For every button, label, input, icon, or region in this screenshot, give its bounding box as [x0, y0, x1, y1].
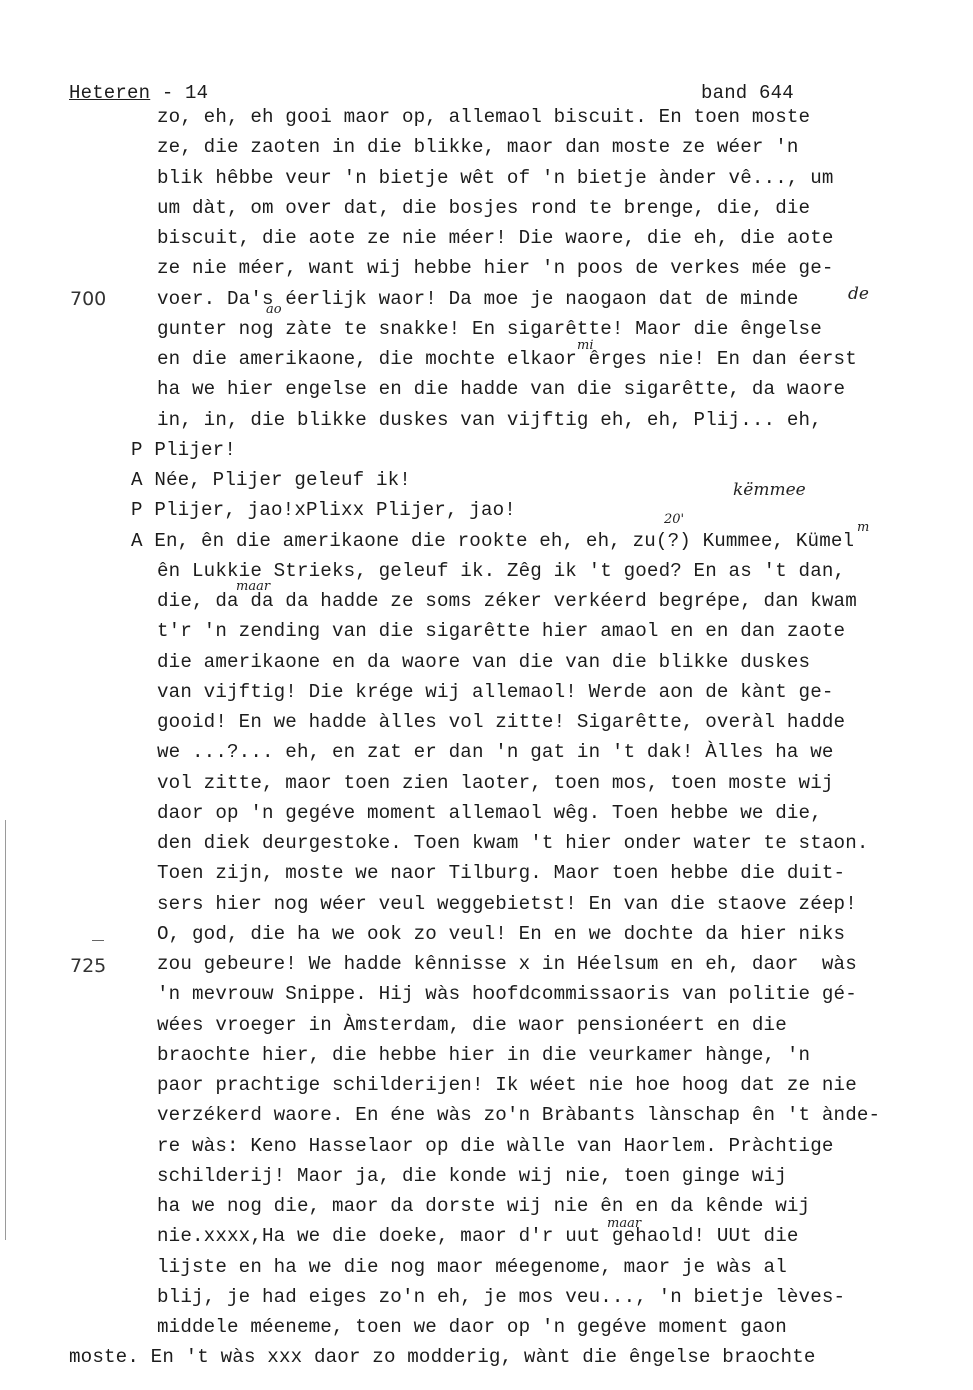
transcript-line: re wàs: Keno Hasselaor op die wàlle van …: [157, 1135, 834, 1157]
transcript-line: in, in, die blikke duskes van vijftig eh…: [157, 409, 822, 431]
transcript-line: en die amerikaone, die mochte elkaor êrg…: [157, 348, 857, 370]
line-text: paor prachtige schilderijen! Ik wéet nie…: [157, 1074, 857, 1096]
line-text: t'r 'n zending van die sigarêtte hier am…: [157, 620, 845, 642]
line-text: Toen zijn, moste we naor Tilburg. Maor t…: [157, 862, 845, 884]
header-page-number: - 14: [162, 82, 208, 104]
transcript-line: blij, je had eiges zo'n eh, je mos veu..…: [157, 1286, 845, 1308]
transcript-line: den diek deurgestoke. Toen kwam 't hier …: [157, 832, 869, 854]
margin-dash: [92, 940, 104, 941]
line-text: ze, die zaoten in die blikke, maor dan m…: [157, 136, 799, 158]
handwritten-note-kemmee: këmmee: [733, 480, 806, 500]
transcript-line: zou gebeure! We hadde kênnisse x in Héel…: [157, 953, 857, 975]
line-text: sers hier nog wéer veul weggebietst! En …: [157, 893, 857, 915]
handwritten-note-mi: mi: [577, 338, 594, 353]
transcript-line: wées vroeger in Àmsterdam, die waor pens…: [157, 1014, 787, 1036]
transcript-line: vol zitte, maor toen zien laoter, toen m…: [157, 772, 834, 794]
line-text: ha we hier engelse en die hadde van die …: [157, 378, 845, 400]
handwritten-note-20: 20': [664, 512, 684, 527]
handwritten-note-ao: ao: [266, 302, 282, 317]
transcript-line: ze, die zaoten in die blikke, maor dan m…: [157, 136, 799, 158]
transcript-line: t'r 'n zending van die sigarêtte hier am…: [157, 620, 845, 642]
page-header: Heteren - 14 band 644: [69, 82, 809, 104]
line-text: 'n mevrouw Snippe. Hij wàs hoofdcommissa…: [157, 983, 857, 1005]
line-number-700: 700: [70, 288, 106, 310]
line-text: den diek deurgestoke. Toen kwam 't hier …: [157, 832, 869, 854]
transcript-line: sers hier nog wéer veul weggebietst! En …: [157, 893, 857, 915]
line-text: gunter nog zàte te snakke! En sigarêtte!…: [157, 318, 822, 340]
transcript-line: die amerikaone en da waore van die van d…: [157, 651, 810, 673]
line-text: re wàs: Keno Hasselaor op die wàlle van …: [157, 1135, 834, 1157]
line-text: blij, je had eiges zo'n eh, je mos veu..…: [157, 1286, 845, 1308]
line-text: moste. En 't wàs xxx daor zo modderig, w…: [69, 1346, 816, 1368]
line-text: Plijer, jao!xPlixx Plijer, jao!: [154, 499, 516, 521]
line-text: Plijer!: [154, 439, 236, 461]
transcript-line: biscuit, die aote ze nie méer! Die waore…: [157, 227, 834, 249]
transcript-line: van vijftig! Die krége wij allemaol! Wer…: [157, 681, 834, 703]
transcript-line: ha we hier engelse en die hadde van die …: [157, 378, 845, 400]
transcript-line: nie.xxxx,Ha we die doeke, maor d'r uut g…: [157, 1225, 799, 1247]
line-text: lijste en ha we die nog maor méegenome, …: [157, 1256, 787, 1278]
transcript-line: Toen zijn, moste we naor Tilburg. Maor t…: [157, 862, 845, 884]
transcript-line: P Plijer!: [131, 439, 236, 461]
page-edge-line: [5, 820, 6, 1240]
handwritten-note-maar-1: maar: [236, 579, 270, 594]
line-text: en die amerikaone, die mochte elkaor êrg…: [157, 348, 857, 370]
line-text: van vijftig! Die krége wij allemaol! Wer…: [157, 681, 834, 703]
line-text: middele méeneme, toen we daor op 'n gegé…: [157, 1316, 787, 1338]
transcript-line: lijste en ha we die nog maor méegenome, …: [157, 1256, 787, 1278]
line-text: die amerikaone en da waore van die van d…: [157, 651, 810, 673]
transcript-line: A Née, Plijer geleuf ik!: [131, 469, 411, 491]
line-text: En, ên die amerikaone die rookte eh, eh,…: [154, 530, 854, 552]
transcript-page: Heteren - 14 band 644 700 725 zo, eh, eh…: [0, 0, 973, 1390]
transcript-line: ze nie méer, want wij hebbe hier 'n poos…: [157, 257, 834, 279]
transcript-line: braochte hier, die hebbe hier in die veu…: [157, 1044, 810, 1066]
transcript-line: gunter nog zàte te snakke! En sigarêtte!…: [157, 318, 822, 340]
line-text: verzékerd waore. En éne wàs zo'n Bràbant…: [157, 1104, 880, 1126]
transcript-line: 'n mevrouw Snippe. Hij wàs hoofdcommissa…: [157, 983, 857, 1005]
line-text: schilderij! Maor ja, die konde wij nie, …: [157, 1165, 787, 1187]
line-text: um dàt, om over dat, die bosjes rond te …: [157, 197, 810, 219]
transcript-line: middele méeneme, toen we daor op 'n gegé…: [157, 1316, 787, 1338]
transcript-line: verzékerd waore. En éne wàs zo'n Bràbant…: [157, 1104, 880, 1126]
transcript-line: blik hêbbe veur 'n bietje wêt of 'n biet…: [157, 167, 834, 189]
line-text: voer. Da's éerlijk waor! Da moe je naoga…: [157, 288, 799, 310]
line-text: vol zitte, maor toen zien laoter, toen m…: [157, 772, 834, 794]
line-text: gooid! En we hadde àlles vol zitte! Siga…: [157, 711, 845, 733]
transcript-line: um dàt, om over dat, die bosjes rond te …: [157, 197, 810, 219]
transcript-line: we ...?... eh, en zat er dan 'n gat in '…: [157, 741, 834, 763]
line-text: ze nie méer, want wij hebbe hier 'n poos…: [157, 257, 834, 279]
line-text: zo, eh, eh gooi maor op, allemaol biscui…: [157, 106, 810, 128]
transcript-line: schilderij! Maor ja, die konde wij nie, …: [157, 1165, 787, 1187]
transcript-line: O, god, die ha we ook zo veul! En en we …: [157, 923, 845, 945]
line-text: biscuit, die aote ze nie méer! Die waore…: [157, 227, 834, 249]
transcript-line: gooid! En we hadde àlles vol zitte! Siga…: [157, 711, 845, 733]
speaker-label: P: [131, 499, 143, 521]
line-text: nie.xxxx,Ha we die doeke, maor d'r uut g…: [157, 1225, 799, 1247]
transcript-line: zo, eh, eh gooi maor op, allemaol biscui…: [157, 106, 810, 128]
transcript-line: voer. Da's éerlijk waor! Da moe je naoga…: [157, 288, 799, 310]
line-text: ha we nog die, maor da dorste wij nie ên…: [157, 1195, 810, 1217]
line-text: in, in, die blikke duskes van vijftig eh…: [157, 409, 822, 431]
handwritten-note-m: m: [857, 520, 869, 535]
line-text: daor op 'n gegéve moment allemaol wêg. T…: [157, 802, 822, 824]
transcript-line: A En, ên die amerikaone die rookte eh, e…: [131, 530, 854, 552]
line-number-725: 725: [70, 955, 106, 977]
speaker-label: A: [131, 530, 143, 552]
transcript-line: paor prachtige schilderijen! Ik wéet nie…: [157, 1074, 857, 1096]
handwritten-note-maar-2: maar: [607, 1216, 641, 1231]
line-text: we ...?... eh, en zat er dan 'n gat in '…: [157, 741, 834, 763]
header-band: band 644: [701, 82, 794, 104]
header-place: Heteren: [69, 82, 150, 104]
line-text: O, god, die ha we ook zo veul! En en we …: [157, 923, 845, 945]
transcript-line: P Plijer, jao!xPlixx Plijer, jao!: [131, 499, 516, 521]
transcript-line: daor op 'n gegéve moment allemaol wêg. T…: [157, 802, 822, 824]
transcript-line: ha we nog die, maor da dorste wij nie ên…: [157, 1195, 810, 1217]
line-text: wées vroeger in Àmsterdam, die waor pens…: [157, 1014, 787, 1036]
line-text: zou gebeure! We hadde kênnisse x in Héel…: [157, 953, 857, 975]
line-text: blik hêbbe veur 'n bietje wêt of 'n biet…: [157, 167, 834, 189]
line-text: braochte hier, die hebbe hier in die veu…: [157, 1044, 810, 1066]
speaker-label: A: [131, 469, 143, 491]
speaker-label: P: [131, 439, 143, 461]
handwritten-note-de: de: [848, 284, 869, 304]
transcript-line: moste. En 't wàs xxx daor zo modderig, w…: [69, 1346, 816, 1368]
line-text: Née, Plijer geleuf ik!: [154, 469, 411, 491]
